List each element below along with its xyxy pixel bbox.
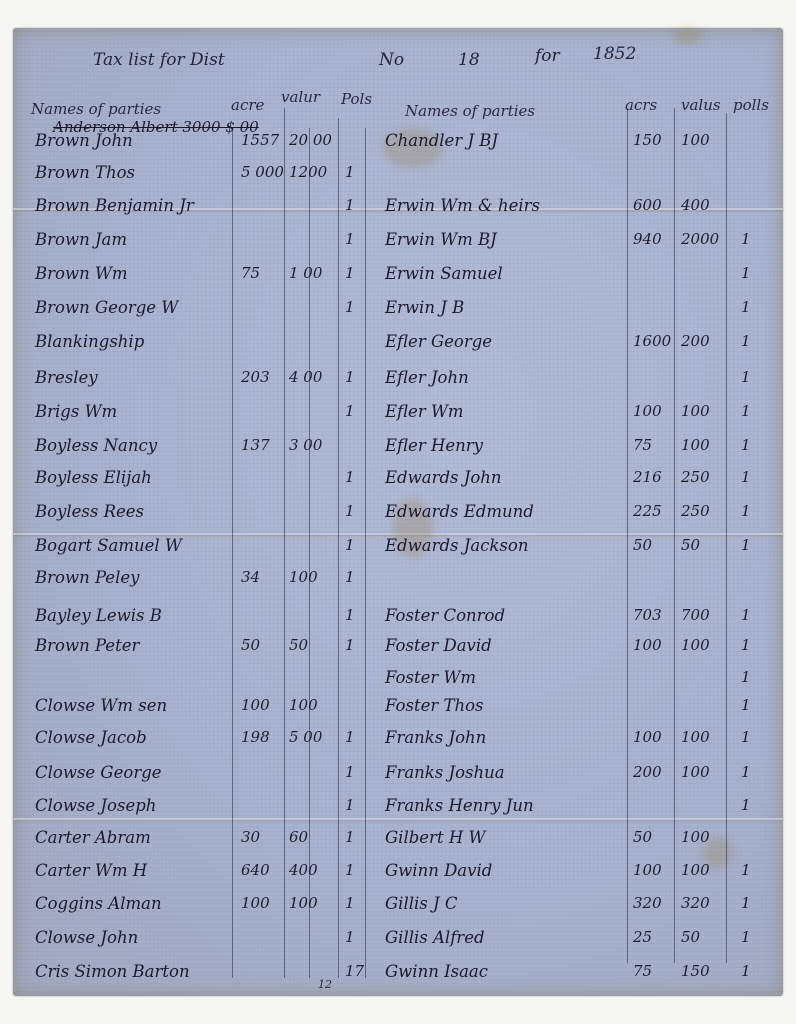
party-name: Gwinn Isaac [385, 962, 488, 981]
polls-value: 1 [741, 668, 751, 686]
party-name: Brigs Wm [35, 402, 117, 421]
polls-value: 1 [741, 962, 751, 980]
party-name: Efler John [385, 368, 469, 387]
tax-value: 20 00 [289, 131, 332, 149]
polls-value: 1 [741, 332, 751, 350]
party-name: Bayley Lewis B [35, 606, 162, 625]
paper-fold [13, 818, 783, 820]
party-name: Clowse Jacob [35, 728, 147, 747]
tax-value: 2000 [681, 230, 719, 248]
polls-value: 1 [741, 402, 751, 420]
column-rule [232, 128, 233, 978]
party-name: Brown Wm [35, 264, 128, 283]
tax-value: 100 [681, 828, 710, 846]
polls-value: 1 [741, 861, 751, 879]
tax-value: 100 [289, 696, 318, 714]
acres-value: 50 [633, 828, 652, 846]
column-rule [674, 108, 675, 963]
party-name: Boyless Elijah [35, 468, 152, 487]
polls-value: 1 [741, 298, 751, 316]
tax-value: 100 [681, 861, 710, 879]
party-name: Gwinn David [385, 861, 492, 880]
polls-value: 1 [741, 368, 751, 386]
acres-value: 1557 [241, 131, 279, 149]
acres-value: 5 000 [241, 163, 284, 181]
polls-value: 1 [345, 828, 355, 846]
party-name: Gilbert H W [385, 828, 485, 847]
tax-value: 200 [681, 332, 710, 350]
acres-value: 600 [633, 196, 662, 214]
polls-value: 1 [345, 536, 355, 554]
column-rule [627, 108, 628, 963]
acres-value: 100 [241, 894, 270, 912]
tax-value: 5 00 [289, 728, 322, 746]
left-header-acres: acre [231, 96, 264, 114]
party-name: Gillis Alfred [385, 928, 485, 947]
acres-value: 216 [633, 468, 662, 486]
title-for-label: for [535, 46, 560, 66]
polls-value: 1 [345, 763, 355, 781]
title-year: 1852 [593, 44, 636, 64]
party-name: Boyless Rees [35, 502, 144, 521]
acres-value: 150 [633, 131, 662, 149]
polls-value: 1 [345, 368, 355, 386]
polls-value: 1 [345, 264, 355, 282]
tax-value: 100 [289, 894, 318, 912]
tax-value: 50 [681, 536, 700, 554]
right-header-polls: polls [733, 96, 769, 114]
polls-value: 1 [345, 606, 355, 624]
footer-mark: 12 [318, 978, 332, 991]
acres-value: 198 [241, 728, 270, 746]
party-name: Foster Wm [385, 668, 476, 687]
acres-value: 75 [633, 962, 652, 980]
acres-value: 100 [241, 696, 270, 714]
party-name: Edwards Edmund [385, 502, 534, 521]
party-name: Brown Jam [35, 230, 127, 249]
tax-value: 50 [681, 928, 700, 946]
polls-value: 1 [741, 763, 751, 781]
polls-value: 1 [345, 402, 355, 420]
party-name: Foster Conrod [385, 606, 505, 625]
tax-value: 400 [289, 861, 318, 879]
tax-value: 250 [681, 468, 710, 486]
party-name: Bogart Samuel W [35, 536, 182, 555]
title-number: 18 [458, 50, 480, 70]
polls-value: 1 [345, 636, 355, 654]
acres-value: 100 [633, 402, 662, 420]
party-name: Bresley [35, 368, 98, 387]
tax-value: 1200 [289, 163, 327, 181]
title-no-label: No [379, 50, 404, 70]
left-header-value: valur [281, 88, 320, 106]
acres-value: 50 [241, 636, 260, 654]
party-name: Franks Joshua [385, 763, 505, 782]
party-name: Brown John [35, 131, 133, 150]
acres-value: 100 [633, 728, 662, 746]
tax-value: 100 [681, 636, 710, 654]
polls-value: 1 [741, 436, 751, 454]
party-name: Coggins Alman [35, 894, 162, 913]
tax-value: 50 [289, 636, 308, 654]
party-name: Erwin Wm BJ [385, 230, 497, 249]
party-name: Erwin Samuel [385, 264, 503, 283]
party-name: Brown Peley [35, 568, 139, 587]
column-rule [338, 118, 339, 978]
polls-value: 1 [741, 928, 751, 946]
polls-value: 1 [345, 230, 355, 248]
acres-value: 940 [633, 230, 662, 248]
acres-value: 200 [633, 763, 662, 781]
polls-value: 1 [345, 502, 355, 520]
acres-value: 75 [241, 264, 260, 282]
party-name: Brown Thos [35, 163, 135, 182]
party-name: Franks John [385, 728, 486, 747]
polls-value: 1 [741, 264, 751, 282]
tax-list-sheet: Tax list for Dist No 18 for 1852 Names o… [13, 28, 783, 996]
tax-value: 100 [681, 728, 710, 746]
paper-stain [673, 28, 703, 44]
party-name: Clowse John [35, 928, 138, 947]
left-header-names: Names of parties [31, 100, 161, 118]
column-rule [365, 128, 366, 978]
acres-value: 703 [633, 606, 662, 624]
party-name: Clowse Wm sen [35, 696, 167, 715]
acres-value: 100 [633, 861, 662, 879]
party-name: Carter Wm H [35, 861, 147, 880]
acres-value: 225 [633, 502, 662, 520]
column-rule [726, 113, 727, 963]
tax-value: 100 [681, 131, 710, 149]
polls-value: 1 [741, 536, 751, 554]
polls-value: 1 [345, 728, 355, 746]
tax-value: 4 00 [289, 368, 322, 386]
polls-value: 1 [345, 163, 355, 181]
party-name: Brown Peter [35, 636, 139, 655]
polls-value: 1 [345, 298, 355, 316]
acres-value: 34 [241, 568, 260, 586]
polls-value: 1 [741, 696, 751, 714]
tax-value: 1 00 [289, 264, 322, 282]
party-name: Clowse George [35, 763, 162, 782]
polls-value: 1 [741, 502, 751, 520]
polls-value: 1 [741, 894, 751, 912]
party-name: Erwin Wm & heirs [385, 196, 540, 215]
party-name: Gillis J C [385, 894, 458, 913]
polls-value: 1 [741, 636, 751, 654]
polls-value: 1 [741, 468, 751, 486]
tax-value: 100 [681, 402, 710, 420]
right-header-names: Names of parties [405, 102, 535, 120]
tax-value: 100 [289, 568, 318, 586]
polls-value: 1 [345, 928, 355, 946]
acres-value: 203 [241, 368, 270, 386]
party-name: Chandler J BJ [385, 131, 498, 150]
right-header-value: valus [681, 96, 721, 114]
party-name: Edwards Jackson [385, 536, 528, 555]
tax-value: 100 [681, 436, 710, 454]
tax-value: 60 [289, 828, 308, 846]
left-header-polls: Pols [341, 90, 372, 108]
party-name: Brown Benjamin Jr [35, 196, 194, 215]
polls-value: 1 [345, 568, 355, 586]
party-name: Erwin J B [385, 298, 464, 317]
tax-value: 700 [681, 606, 710, 624]
party-name: Foster David [385, 636, 492, 655]
tax-value: 250 [681, 502, 710, 520]
acres-value: 1600 [633, 332, 671, 350]
tax-value: 150 [681, 962, 710, 980]
polls-value: 1 [741, 796, 751, 814]
tax-value: 400 [681, 196, 710, 214]
acres-value: 100 [633, 636, 662, 654]
party-name: Carter Abram [35, 828, 151, 847]
tax-value: 100 [681, 763, 710, 781]
party-name: Efler Henry [385, 436, 483, 455]
party-name: Edwards John [385, 468, 502, 487]
acres-value: 30 [241, 828, 260, 846]
party-name: Franks Henry Jun [385, 796, 534, 815]
party-name: Foster Thos [385, 696, 484, 715]
party-name: Efler Wm [385, 402, 464, 421]
tax-value: 3 00 [289, 436, 322, 454]
polls-value: 1 [345, 196, 355, 214]
polls-value: 1 [741, 728, 751, 746]
polls-value: 1 [345, 468, 355, 486]
acres-value: 320 [633, 894, 662, 912]
party-name: Cris Simon Barton [35, 962, 190, 981]
party-name: Blankingship [35, 332, 144, 351]
party-name: Clowse Joseph [35, 796, 156, 815]
acres-value: 640 [241, 861, 270, 879]
polls-value: 1 [741, 230, 751, 248]
party-name: Brown George W [35, 298, 178, 317]
party-name: Boyless Nancy [35, 436, 157, 455]
polls-value: 17 [345, 962, 364, 980]
polls-value: 1 [741, 606, 751, 624]
column-rule [309, 128, 310, 978]
acres-value: 75 [633, 436, 652, 454]
acres-value: 25 [633, 928, 652, 946]
polls-value: 1 [345, 894, 355, 912]
acres-value: 137 [241, 436, 270, 454]
party-name: Efler George [385, 332, 492, 351]
right-header-acres: acrs [625, 96, 657, 114]
column-rule [284, 108, 285, 978]
acres-value: 50 [633, 536, 652, 554]
polls-value: 1 [345, 861, 355, 879]
tax-value: 320 [681, 894, 710, 912]
document-title: Tax list for Dist [93, 50, 225, 70]
polls-value: 1 [345, 796, 355, 814]
